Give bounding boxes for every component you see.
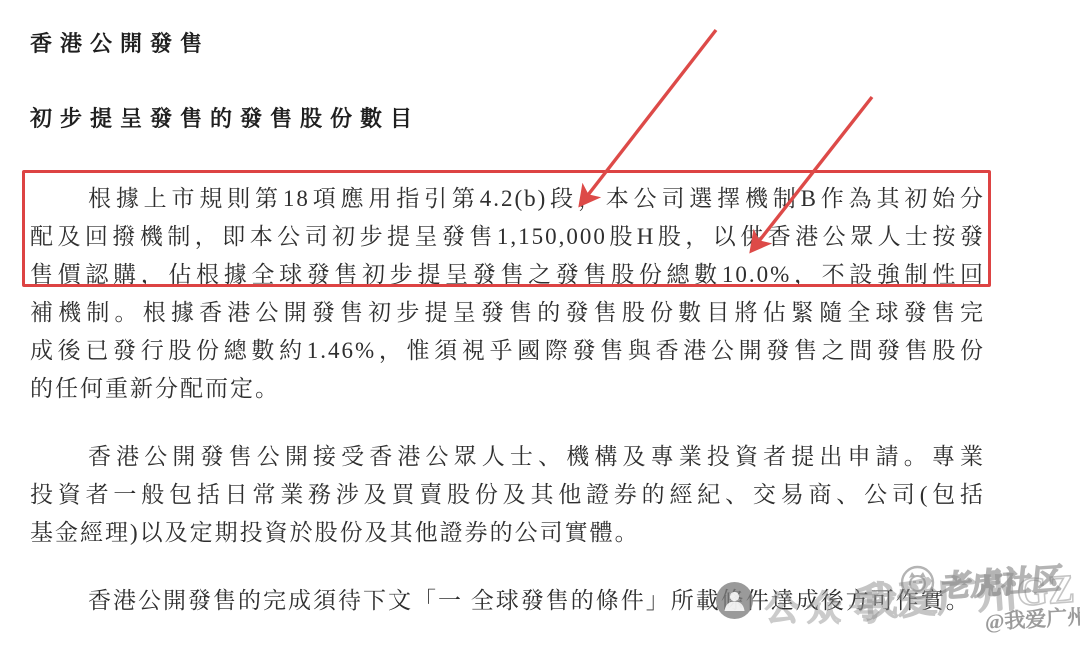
- paragraph-applicants: 香港公開發售公開接受香港公眾人士、機構及專業投資者提出申請。專業 投資者一般包括…: [30, 438, 985, 552]
- paragraph-line: 成後已發行股份總數約1.46%，惟須視乎國際發售與香港公開發售之間發售股份: [30, 332, 985, 370]
- paragraph-line: 基金經理)以及定期投資於股份及其他證券的公司實體。: [30, 514, 985, 552]
- paragraph-line: 根據上市規則第18項應用指引第4.2(b)段，本公司選擇機制B作為其初始分: [30, 180, 985, 218]
- paragraph-line: 售價認購，佔根據全球發售初步提呈發售之發售股份總數10.0%，不設強制性回: [30, 256, 985, 294]
- paragraph-completion-condition: 香港公開發售的完成須待下文「一 全球發售的條件」所載條件達成後方可作實。: [30, 582, 985, 620]
- watermark-user-handle: @我爱广州GZ: [984, 599, 1080, 636]
- paragraph-line: 的任何重新分配而定。: [30, 370, 985, 408]
- paragraph-line: 配及回撥機制，即本公司初步提呈發售1,150,000股H股，以供香港公眾人士按發: [30, 218, 985, 256]
- paragraph-offer-mechanism: 根據上市規則第18項應用指引第4.2(b)段，本公司選擇機制B作為其初始分 配及…: [30, 180, 985, 408]
- paragraph-line: 香港公開發售的完成須待下文「一 全球發售的條件」所載條件達成後方可作實。: [30, 582, 985, 620]
- prospectus-page: 香港公開發售 初步提呈發售的發售股份數目 根據上市規則第18項應用指引第4.2(…: [0, 0, 1080, 646]
- paragraph-line: 投資者一般包括日常業務涉及買賣股份及其他證券的經紀、交易商、公司(包括: [30, 476, 985, 514]
- paragraph-line: 補機制。根據香港公開發售初步提呈發售的發售股份數目將佔緊隨全球發售完: [30, 294, 985, 332]
- section-heading-hk-public-offering: 香港公開發售: [30, 27, 210, 58]
- section-heading-offer-shares-number: 初步提呈發售的發售股份數目: [30, 102, 420, 133]
- annotation-arrow-to-share-count: [581, 30, 716, 204]
- paragraph-line: 香港公開發售公開接受香港公眾人士、機構及專業投資者提出申請。專業: [30, 438, 985, 476]
